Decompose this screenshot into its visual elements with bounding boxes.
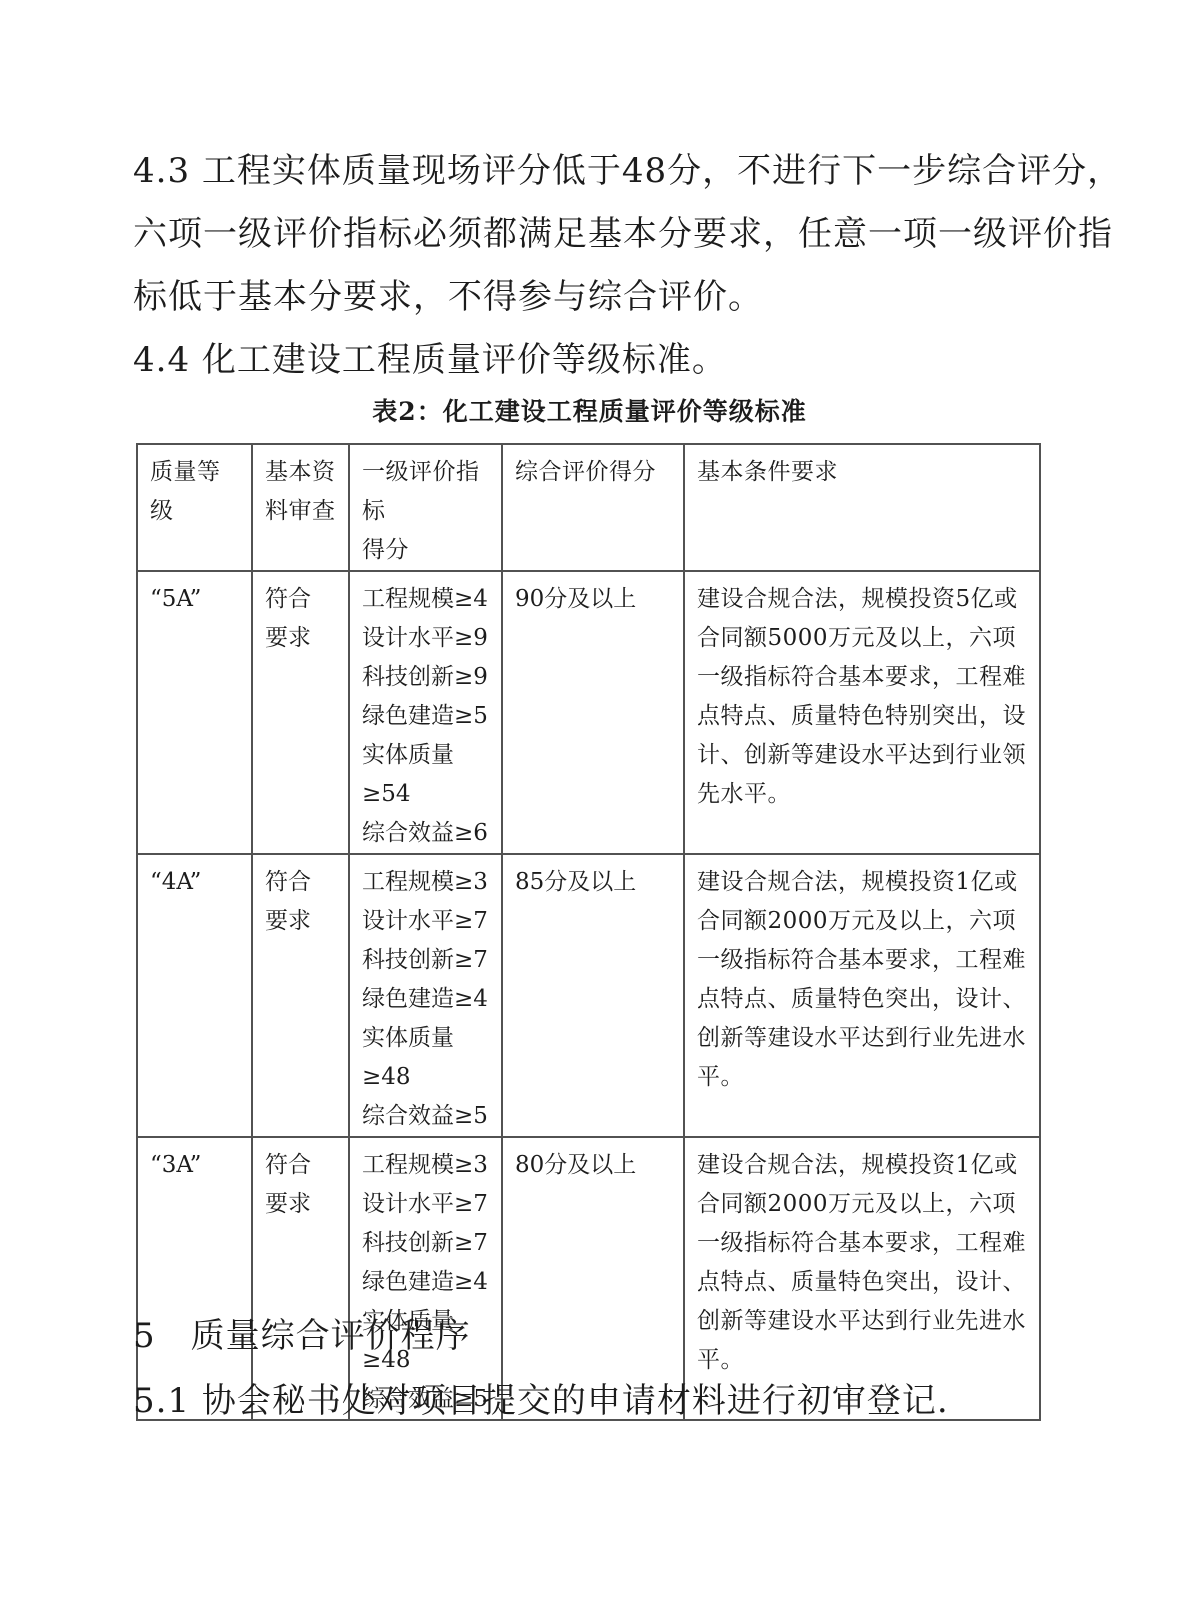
- header-label: 基本资: [265, 453, 340, 492]
- review-line: 要求: [265, 902, 340, 941]
- indicator: 实体质量≥48: [362, 1019, 493, 1097]
- header-label: 基本条件要求: [697, 453, 1031, 492]
- section-5-heading: 5 质量综合评价程序: [133, 1305, 471, 1368]
- paragraph-4-3-line-1: 4.3 工程实体质量现场评分低于48分，不进行下一步综合评分，: [133, 140, 1053, 203]
- cell-grade: “5A”: [137, 571, 252, 854]
- document-page: 4.3 工程实体质量现场评分低于48分，不进行下一步综合评分， 六项一级评价指标…: [0, 0, 1179, 1600]
- header-cell-grade: 质量等级: [137, 444, 252, 571]
- table-row-4a: “4A” 符合 要求 工程规模≥3 设计水平≥7 科技创新≥7 绿色建造≥4 实…: [137, 854, 1040, 1137]
- indicator: 绿色建造≥4: [362, 1263, 493, 1302]
- indicator: 科技创新≥7: [362, 941, 493, 980]
- indicator: 工程规模≥3: [362, 1146, 493, 1185]
- table-header-row: 质量等级 基本资 料审查 一级评价指标 得分 综合评价得分 基本条件要求: [137, 444, 1040, 571]
- indicator: 设计水平≥7: [362, 1185, 493, 1224]
- indicator: 工程规模≥4: [362, 580, 493, 619]
- cell-indicators: 工程规模≥4 设计水平≥9 科技创新≥9 绿色建造≥5 实体质量≥54 综合效益…: [349, 571, 502, 854]
- indicator: 设计水平≥7: [362, 902, 493, 941]
- review-line: 要求: [265, 619, 340, 658]
- header-label: 得分: [362, 531, 493, 570]
- indicator: 绿色建造≥5: [362, 697, 493, 736]
- header-label: 料审查: [265, 492, 340, 531]
- header-label: 质量等级: [150, 453, 243, 531]
- cell-conditions: 建设合规合法，规模投资5亿或合同额5000万元及以上，六项一级指标符合基本要求，…: [684, 571, 1040, 854]
- header-label: 一级评价指标: [362, 453, 493, 531]
- header-cell-score: 综合评价得分: [502, 444, 684, 571]
- header-cell-indicators: 一级评价指标 得分: [349, 444, 502, 571]
- cell-indicators: 工程规模≥3 设计水平≥7 科技创新≥7 绿色建造≥4 实体质量≥48 综合效益…: [349, 854, 502, 1137]
- paragraph-4-3-line-2: 六项一级评价指标必须都满足基本分要求，任意一项一级评价指: [133, 203, 1053, 266]
- cell-score: 90分及以上: [502, 571, 684, 854]
- cell-grade: “4A”: [137, 854, 252, 1137]
- cell-review: 符合 要求: [252, 571, 349, 854]
- table-row-5a: “5A” 符合 要求 工程规模≥4 设计水平≥9 科技创新≥9 绿色建造≥5 实…: [137, 571, 1040, 854]
- review-line: 符合: [265, 580, 340, 619]
- header-label: 综合评价得分: [515, 453, 675, 492]
- review-line: 要求: [265, 1185, 340, 1224]
- header-cell-review: 基本资 料审查: [252, 444, 349, 571]
- indicator: 科技创新≥9: [362, 658, 493, 697]
- paragraph-4-3: 4.3 工程实体质量现场评分低于48分，不进行下一步综合评分， 六项一级评价指标…: [133, 140, 1053, 392]
- indicator: 实体质量≥54: [362, 736, 493, 814]
- cell-review: 符合 要求: [252, 854, 349, 1137]
- review-line: 符合: [265, 1146, 340, 1185]
- table-caption: 表2：化工建设工程质量评价等级标准: [0, 392, 1179, 428]
- indicator: 科技创新≥7: [362, 1224, 493, 1263]
- grade-standards-table: 质量等级 基本资 料审查 一级评价指标 得分 综合评价得分 基本条件要求: [136, 443, 1041, 1421]
- indicator: 综合效益≥6: [362, 814, 493, 853]
- indicator: 综合效益≥5: [362, 1097, 493, 1136]
- indicator: 绿色建造≥4: [362, 980, 493, 1019]
- indicator: 工程规模≥3: [362, 863, 493, 902]
- paragraph-4-3-line-3: 标低于基本分要求，不得参与综合评价。: [133, 266, 1053, 329]
- paragraph-5-1: 5.1 协会秘书处对项目提交的申请材料进行初审登记.: [133, 1370, 949, 1433]
- review-line: 符合: [265, 863, 340, 902]
- cell-conditions: 建设合规合法，规模投资1亿或合同额2000万元及以上，六项一级指标符合基本要求，…: [684, 854, 1040, 1137]
- header-cell-conditions: 基本条件要求: [684, 444, 1040, 571]
- indicator: 设计水平≥9: [362, 619, 493, 658]
- cell-score: 85分及以上: [502, 854, 684, 1137]
- paragraph-4-4: 4.4 化工建设工程质量评价等级标准。: [133, 329, 1053, 392]
